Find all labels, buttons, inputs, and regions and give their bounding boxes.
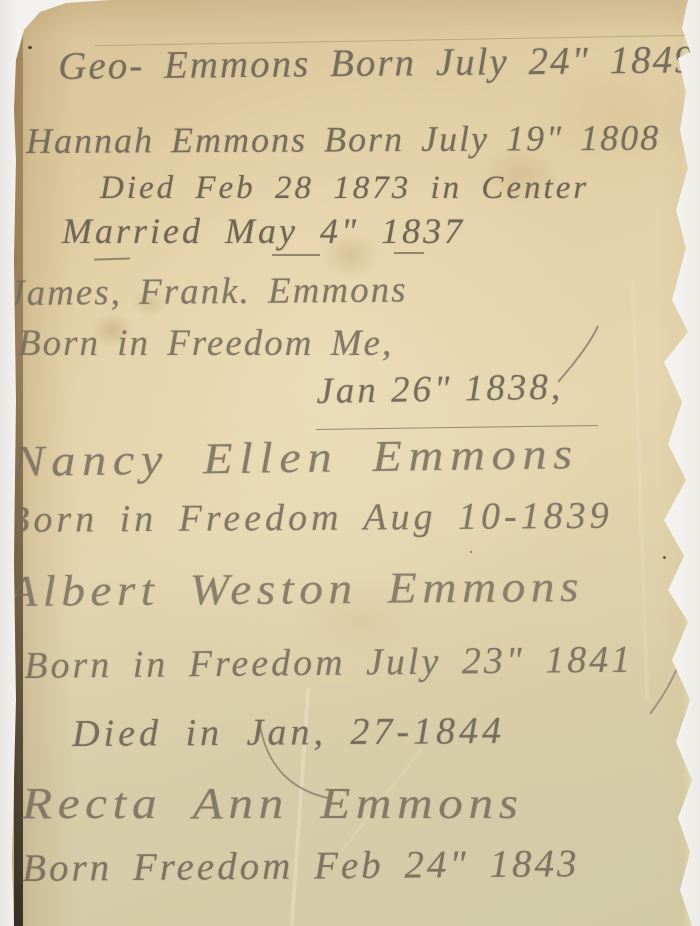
line-marriage-date: Married May 4" 1837 <box>62 210 465 252</box>
line-recta-name: Recta Ann Emmons <box>22 778 524 829</box>
line-albert-name: Albert Weston Emmons <box>8 561 584 617</box>
line-james-frank-name: James, Frank. Emmons <box>8 269 408 315</box>
scanned-page-background: Geo- Emmons Born July 24" 1849. Hannah E… <box>0 0 700 926</box>
line-albert-birth: Born in Freedom July 23" 1841 <box>24 638 634 688</box>
line-hannah-death: Died Feb 28 1873 in Center <box>100 170 589 207</box>
paper-crease <box>631 280 650 700</box>
line-nancy-name: Nancy Ellen Emmons <box>12 428 579 487</box>
line-james-birth-date: Jan 26" 1838, <box>316 366 563 413</box>
separator-dash <box>272 254 320 256</box>
line-james-birth-place: Born in Freedom Me, <box>18 322 393 365</box>
separator-dash <box>394 252 424 254</box>
line-nancy-birth: Born in Freedom Aug 10-1839 <box>6 494 613 542</box>
line-geo-emmons-birth: Geo- Emmons Born July 24" 1849. <box>58 37 700 89</box>
paper-sheet: Geo- Emmons Born July 24" 1849. Hannah E… <box>0 0 700 926</box>
pencil-speck <box>470 551 472 553</box>
line-recta-birth: Born Freedom Feb 24" 1843 <box>22 841 580 891</box>
pencil-speck <box>663 556 666 559</box>
pencil-speck <box>28 46 32 49</box>
line-hannah-emmons-birth: Hannah Emmons Born July 19" 1808 <box>26 117 660 162</box>
line-albert-death: Died in Jan, 27-1844 <box>72 709 505 756</box>
separator-dash <box>94 257 130 260</box>
